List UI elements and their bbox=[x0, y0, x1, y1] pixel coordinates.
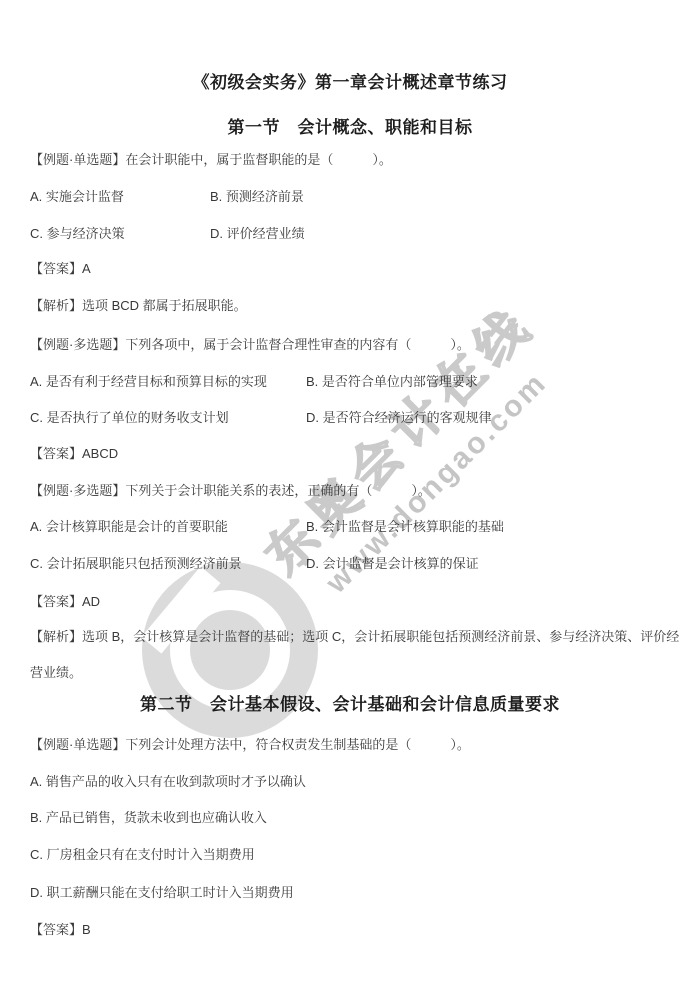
q4-answer: 【答案】B bbox=[30, 922, 690, 938]
document-title: 《初级会实务》第一章会计概述章节练习 bbox=[0, 68, 700, 93]
q3-analysis: 【解析】选项 B，会计核算是会计监督的基础；选项 C，会计拓展职能包括预测经济前… bbox=[30, 619, 690, 691]
q1-options-row-2: C. 参与经济决策 D. 评价经营业绩 bbox=[30, 226, 690, 242]
q3-option-d: D. 会计监督是会计核算的保证 bbox=[306, 556, 479, 572]
q1-options-row-1: A. 实施会计监督 B. 预测经济前景 bbox=[30, 189, 690, 205]
q1-option-d: D. 评价经营业绩 bbox=[210, 226, 305, 242]
q3-option-c: C. 会计拓展职能只包括预测经济前景 bbox=[30, 556, 242, 571]
q2-stem: 【例题·多选题】下列各项中，属于会计监督合理性审查的内容有（ ）。 bbox=[30, 337, 690, 353]
q4-option-a: A. 销售产品的收入只有在收到款项时才予以确认 bbox=[30, 774, 690, 790]
q1-option-a: A. 实施会计监督 bbox=[30, 189, 124, 204]
q2-option-b: B. 是否符合单位内部管理要求 bbox=[306, 374, 478, 390]
q1-analysis: 【解析】选项 BCD 都属于拓展职能。 bbox=[30, 298, 690, 314]
q1-option-c: C. 参与经济决策 bbox=[30, 226, 125, 241]
q3-answer: 【答案】AD bbox=[30, 594, 690, 610]
document-content: 《初级会实务》第一章会计概述章节练习 第一节 会计概念、职能和目标 【例题·单选… bbox=[0, 0, 700, 990]
section-2-heading: 第二节 会计基本假设、会计基础和会计信息质量要求 bbox=[0, 690, 700, 715]
q3-options-row-1: A. 会计核算职能是会计的首要职能 B. 会计监督是会计核算职能的基础 bbox=[30, 519, 690, 535]
q3-option-a: A. 会计核算职能是会计的首要职能 bbox=[30, 519, 228, 534]
section-1-heading: 第一节 会计概念、职能和目标 bbox=[0, 113, 700, 138]
q4-option-c: C. 厂房租金只有在支付时计入当期费用 bbox=[30, 847, 690, 863]
q2-answer: 【答案】ABCD bbox=[30, 446, 690, 462]
q1-option-b: B. 预测经济前景 bbox=[210, 189, 304, 205]
q4-option-b: B. 产品已销售，货款未收到也应确认收入 bbox=[30, 810, 690, 826]
q1-stem: 【例题·单选题】在会计职能中，属于监督职能的是（ ）。 bbox=[30, 152, 690, 168]
q3-stem: 【例题·多选题】下列关于会计职能关系的表述，正确的有（ ）。 bbox=[30, 483, 690, 499]
q3-options-row-2: C. 会计拓展职能只包括预测经济前景 D. 会计监督是会计核算的保证 bbox=[30, 556, 690, 572]
q4-option-d: D. 职工薪酬只能在支付给职工时计入当期费用 bbox=[30, 885, 690, 901]
q2-options-row-1: A. 是否有利于经营目标和预算目标的实现 B. 是否符合单位内部管理要求 bbox=[30, 374, 690, 390]
q2-options-row-2: C. 是否执行了单位的财务收支计划 D. 是否符合经济运行的客观规律 bbox=[30, 410, 690, 426]
q1-answer: 【答案】A bbox=[30, 261, 690, 277]
q3-option-b: B. 会计监督是会计核算职能的基础 bbox=[306, 519, 504, 535]
q2-option-c: C. 是否执行了单位的财务收支计划 bbox=[30, 410, 229, 425]
q2-option-a: A. 是否有利于经营目标和预算目标的实现 bbox=[30, 374, 267, 389]
q2-option-d: D. 是否符合经济运行的客观规律 bbox=[306, 410, 492, 426]
q4-stem: 【例题·单选题】下列会计处理方法中，符合权责发生制基础的是（ ）。 bbox=[30, 737, 690, 753]
document-page: 东奥会计在线 www.dongao.com 《初级会实务》第一章会计概述章节练习… bbox=[0, 0, 700, 990]
